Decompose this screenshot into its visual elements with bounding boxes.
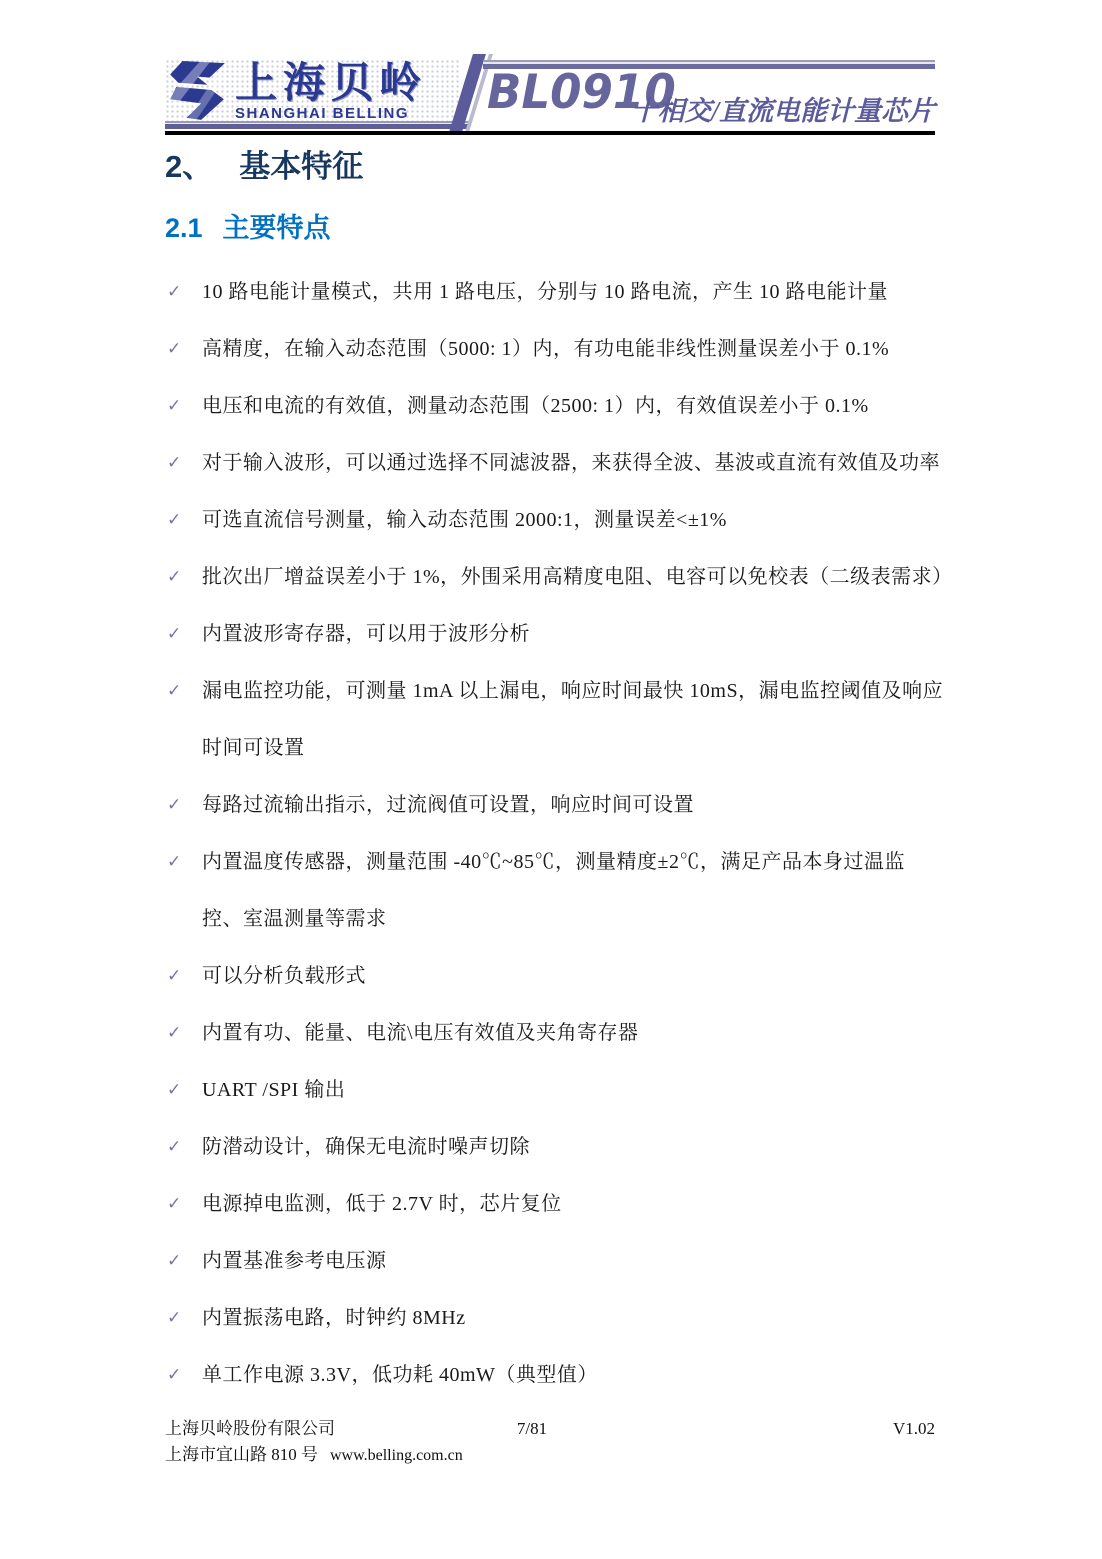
document-page: 上海贝岭 SHANGHAI BELLING BL0910 十相交/直流电能计量芯… [0, 0, 1102, 1559]
feature-item: ✓ 防潜动设计，确保无电流时噪声切除 [165, 1119, 945, 1176]
check-icon: ✓ [167, 264, 182, 321]
belling-logo-icon [165, 60, 229, 122]
feature-item: ✓ 漏电监控功能，可测量 1mA 以上漏电，响应时间最快 10mS，漏电监控阈值… [165, 663, 945, 777]
feature-text: 内置有功、能量、电流\电压有效值及夹角寄存器 [202, 1022, 639, 1044]
feature-text: 内置基准参考电压源 [202, 1250, 387, 1272]
feature-item: ✓ 10 路电能计量模式，共用 1 路电压，分别与 10 路电流，产生 10 路… [165, 264, 945, 321]
footer-page-number: 7/81 [517, 1416, 547, 1442]
footer-company: 上海贝岭股份有限公司 [165, 1416, 335, 1442]
feature-text: UART /SPI 输出 [202, 1079, 345, 1101]
check-icon: ✓ [167, 435, 182, 492]
feature-text: 内置波形寄存器，可以用于波形分析 [202, 623, 530, 645]
check-icon: ✓ [167, 1347, 182, 1404]
feature-text: 批次出厂增益误差小于 1%，外围采用高精度电阻、电容可以免校表（二级表需求） [202, 566, 953, 588]
feature-text: 10 路电能计量模式，共用 1 路电压，分别与 10 路电流，产生 10 路电能… [202, 281, 888, 303]
feature-item: ✓ 内置波形寄存器，可以用于波形分析 [165, 606, 945, 663]
feature-text: 内置温度传感器，测量范围 -40℃~85℃，测量精度±2℃，满足产品本身过温监控… [202, 851, 905, 930]
feature-text: 漏电监控功能，可测量 1mA 以上漏电，响应时间最快 10mS，漏电监控阈值及响… [202, 680, 943, 759]
feature-text: 每路过流输出指示，过流阀值可设置，响应时间可设置 [202, 794, 694, 816]
check-icon: ✓ [167, 948, 182, 1005]
feature-item: ✓ 内置有功、能量、电流\电压有效值及夹角寄存器 [165, 1005, 945, 1062]
feature-text: 电源掉电监测，低于 2.7V 时，芯片复位 [202, 1193, 562, 1215]
check-icon: ✓ [167, 549, 182, 606]
feature-item: ✓ 内置基准参考电压源 [165, 1233, 945, 1290]
check-icon: ✓ [167, 492, 182, 549]
feature-text: 可以分析负载形式 [202, 965, 366, 987]
feature-text: 对于输入波形，可以通过选择不同滤波器，来获得全波、基波或直流有效值及功率 [202, 452, 940, 474]
check-icon: ✓ [167, 1062, 182, 1119]
feature-text: 内置振荡电路，时钟约 8MHz [202, 1307, 466, 1329]
company-logo: 上海贝岭 SHANGHAI BELLING [165, 59, 461, 125]
page-footer: 上海贝岭股份有限公司 7/81 V1.02 上海市宜山路 810 号 www.b… [165, 1416, 935, 1469]
check-icon: ✓ [167, 1176, 182, 1233]
check-icon: ✓ [167, 378, 182, 435]
feature-item: ✓ 内置振荡电路，时钟约 8MHz [165, 1290, 945, 1347]
check-icon: ✓ [167, 663, 182, 720]
check-icon: ✓ [167, 777, 182, 834]
features-list: ✓ 10 路电能计量模式，共用 1 路电压，分别与 10 路电流，产生 10 路… [165, 264, 945, 1404]
feature-text: 高精度，在输入动态范围（5000: 1）内，有功电能非线性测量误差小于 0.1% [202, 338, 889, 360]
check-icon: ✓ [167, 1005, 182, 1062]
footer-row-1: 上海贝岭股份有限公司 7/81 V1.02 [165, 1416, 935, 1442]
subsection-number: 2.1 [165, 211, 203, 245]
product-subtitle: 十相交/直流电能计量芯片 [630, 96, 935, 126]
check-icon: ✓ [167, 1290, 182, 1347]
subsection-heading: 2.1 主要特点 [165, 211, 331, 245]
feature-item: ✓ 内置温度传感器，测量范围 -40℃~85℃，测量精度±2℃，满足产品本身过温… [165, 834, 945, 948]
feature-item: ✓ UART /SPI 输出 [165, 1062, 945, 1119]
feature-item: ✓ 电源掉电监测，低于 2.7V 时，芯片复位 [165, 1176, 945, 1233]
check-icon: ✓ [167, 834, 182, 891]
feature-item: ✓ 可以分析负载形式 [165, 948, 945, 1005]
check-icon: ✓ [167, 1233, 182, 1290]
feature-item: ✓ 批次出厂增益误差小于 1%，外围采用高精度电阻、电容可以免校表（二级表需求） [165, 549, 945, 606]
feature-item: ✓ 对于输入波形，可以通过选择不同滤波器，来获得全波、基波或直流有效值及功率 [165, 435, 945, 492]
check-icon: ✓ [167, 606, 182, 663]
company-name-block: 上海贝岭 SHANGHAI BELLING [235, 59, 427, 122]
feature-item: ✓ 每路过流输出指示，过流阀值可设置，响应时间可设置 [165, 777, 945, 834]
footer-version: V1.02 [893, 1416, 935, 1442]
feature-text: 单工作电源 3.3V，低功耗 40mW（典型值） [202, 1364, 598, 1386]
section-title: 基本特征 [239, 147, 363, 187]
section-number: 2、 [165, 147, 213, 187]
check-icon: ✓ [167, 321, 182, 378]
feature-item: ✓ 高精度，在输入动态范围（5000: 1）内，有功电能非线性测量误差小于 0.… [165, 321, 945, 378]
company-name-en: SHANGHAI BELLING [235, 105, 427, 122]
feature-text: 防潜动设计，确保无电流时噪声切除 [202, 1136, 530, 1158]
company-name-cn: 上海贝岭 [235, 61, 427, 105]
subsection-title: 主要特点 [223, 211, 331, 245]
header-rule [165, 131, 935, 135]
logo-underline-divider [165, 121, 470, 129]
feature-text: 可选直流信号测量，输入动态范围 2000:1，测量误差<±1% [202, 509, 727, 531]
footer-website-link[interactable]: www.belling.com.cn [330, 1443, 463, 1469]
feature-item: ✓ 电压和电流的有效值，测量动态范围（2500: 1）内，有效值误差小于 0.1… [165, 378, 945, 435]
section-heading: 2、 基本特征 [165, 147, 363, 187]
feature-item: ✓ 可选直流信号测量，输入动态范围 2000:1，测量误差<±1% [165, 492, 945, 549]
footer-address: 上海市宜山路 810 号 [165, 1442, 318, 1468]
footer-row-2: 上海市宜山路 810 号 www.belling.com.cn [165, 1442, 935, 1469]
feature-text: 电压和电流的有效值，测量动态范围（2500: 1）内，有效值误差小于 0.1% [202, 395, 869, 417]
document-header: 上海贝岭 SHANGHAI BELLING BL0910 十相交/直流电能计量芯… [165, 57, 935, 131]
feature-item: ✓ 单工作电源 3.3V，低功耗 40mW（典型值） [165, 1347, 945, 1404]
check-icon: ✓ [167, 1119, 182, 1176]
